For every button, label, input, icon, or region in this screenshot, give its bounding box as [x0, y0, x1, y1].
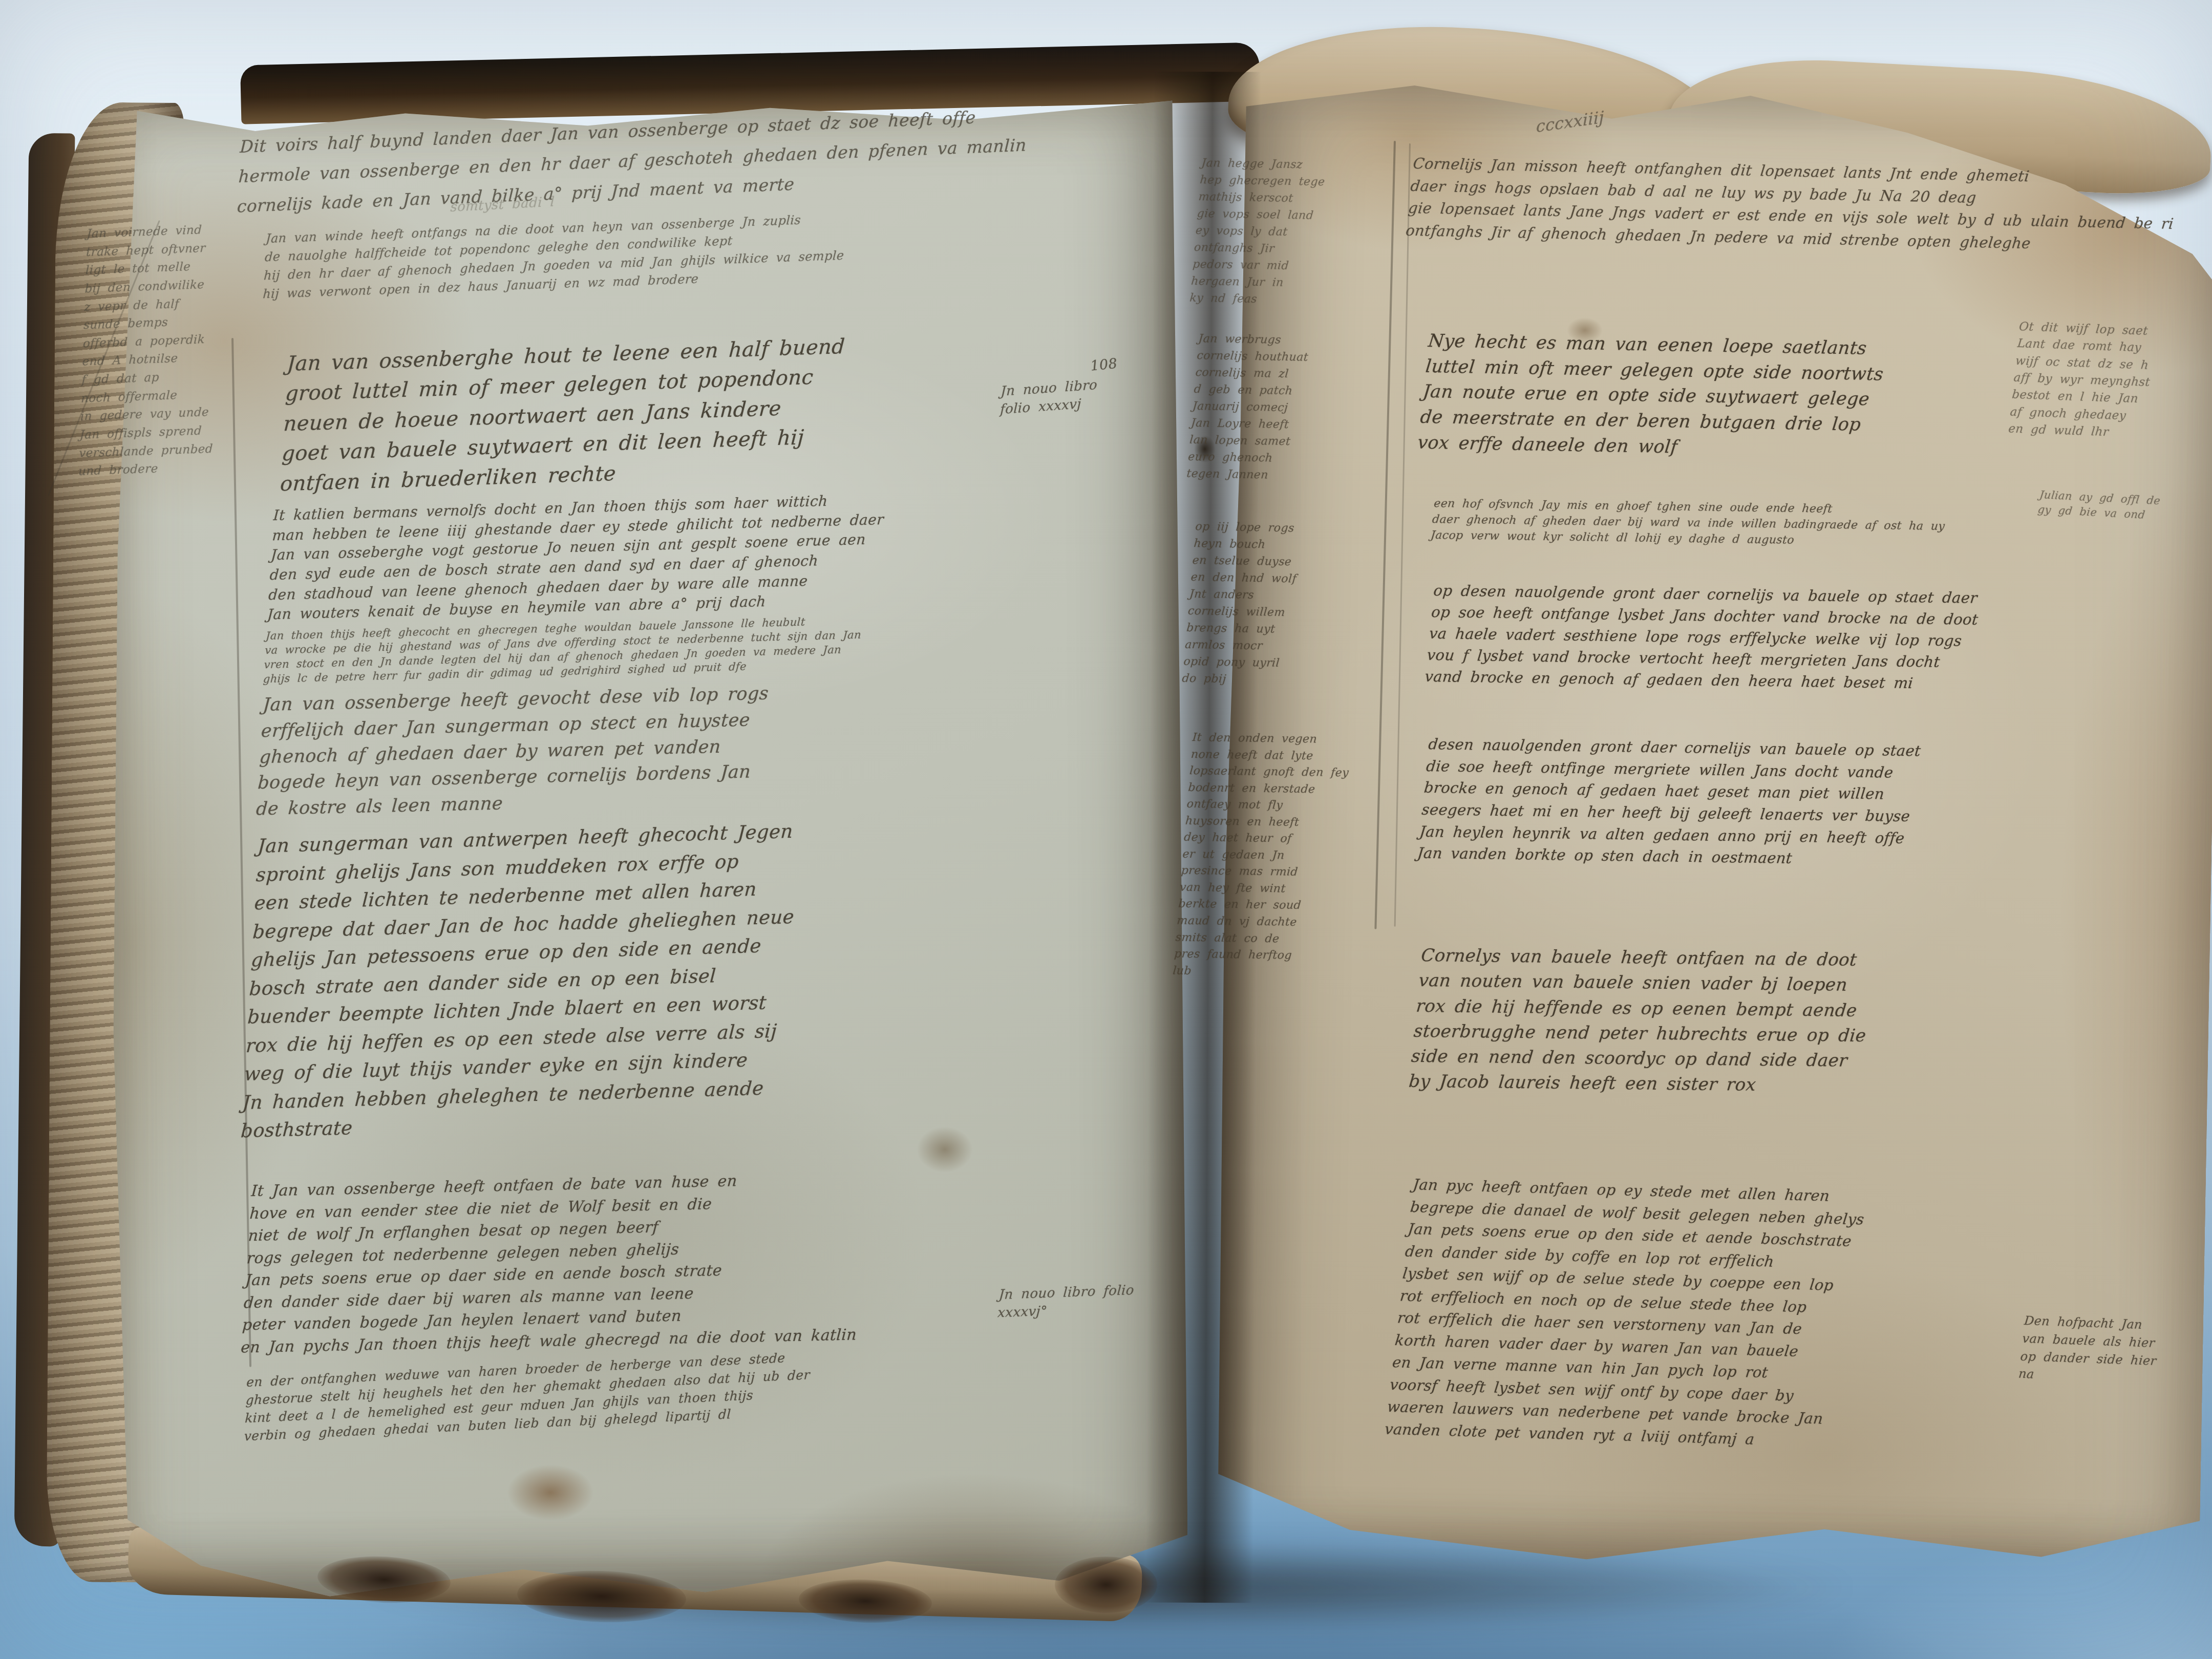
right-paragraph-nye-hecht: Nye hecht es man van eenen loepe saetlan… [1416, 329, 2054, 466]
right-margin-column-2: Jan werbrugs cornelijs houthuat cornelij… [1186, 330, 1384, 485]
left-paragraph-sungerman: Jan sungerman van antwerpen heeft ghecoc… [240, 813, 960, 1145]
right-paragraph-jan-pyc: Jan pyc heeft ontfaen op ey stede met al… [1384, 1174, 2065, 1458]
left-paragraph-sale: Jan van ossenberge heeft gevocht dese vi… [256, 677, 919, 822]
left-margin-column: Jan voirnede vind trake hept oftvner lig… [78, 219, 256, 481]
left-paragraph-bate: It Jan van ossenberge heeft ontfaen de b… [240, 1164, 1040, 1359]
right-small-block: een hof ofsvnch Jay mis en ghoef tghen s… [1430, 496, 2136, 554]
brown-stain [507, 1464, 594, 1521]
burnt-edge-spot [1055, 1557, 1157, 1613]
left-paragraph-lease: Jan van ossenberghe hout te leene een ha… [280, 326, 1035, 499]
right-paragraph-grond-1: op desen nauolgende gront daer cornelijs… [1424, 580, 2126, 697]
right-margin-column-4: It den onden vegen none heeft dat lyte l… [1172, 730, 1413, 983]
right-margin-column-3: op iij lope rogs heyn bouch en tselue du… [1181, 518, 1380, 690]
left-note-new-libro-2: Jn nouo libro folio xxxxvj° [997, 1280, 1194, 1323]
right-paragraph-ontfanghen: Cornelijs Jan misson heeft ontfanghen di… [1405, 153, 2193, 258]
manuscript-photo-scene: somtyst badi l Dit voirs half buynd land… [0, 0, 2212, 1659]
right-margin-note-1: Ot dit wijf lop saet Lant dae romt hay w… [2008, 318, 2209, 444]
right-paragraph-bauele: Cornelys van bauele heeft ontfaen na de … [1408, 943, 2022, 1101]
left-note-new-libro-number: 108 [1090, 355, 1118, 374]
left-paragraph-katlien: It katlien bermans vernolfs docht en Jan… [267, 485, 1052, 625]
right-margin-note-hofpacht: Den hofpacht Jan van bauele als hier op … [2017, 1312, 2212, 1390]
right-margin-column-1: Jan hegge Jansz hep ghecregen tege mathi… [1189, 155, 1387, 310]
right-paragraph-grond-2: desen nauolgenden gront daer cornelijs v… [1416, 733, 2121, 874]
